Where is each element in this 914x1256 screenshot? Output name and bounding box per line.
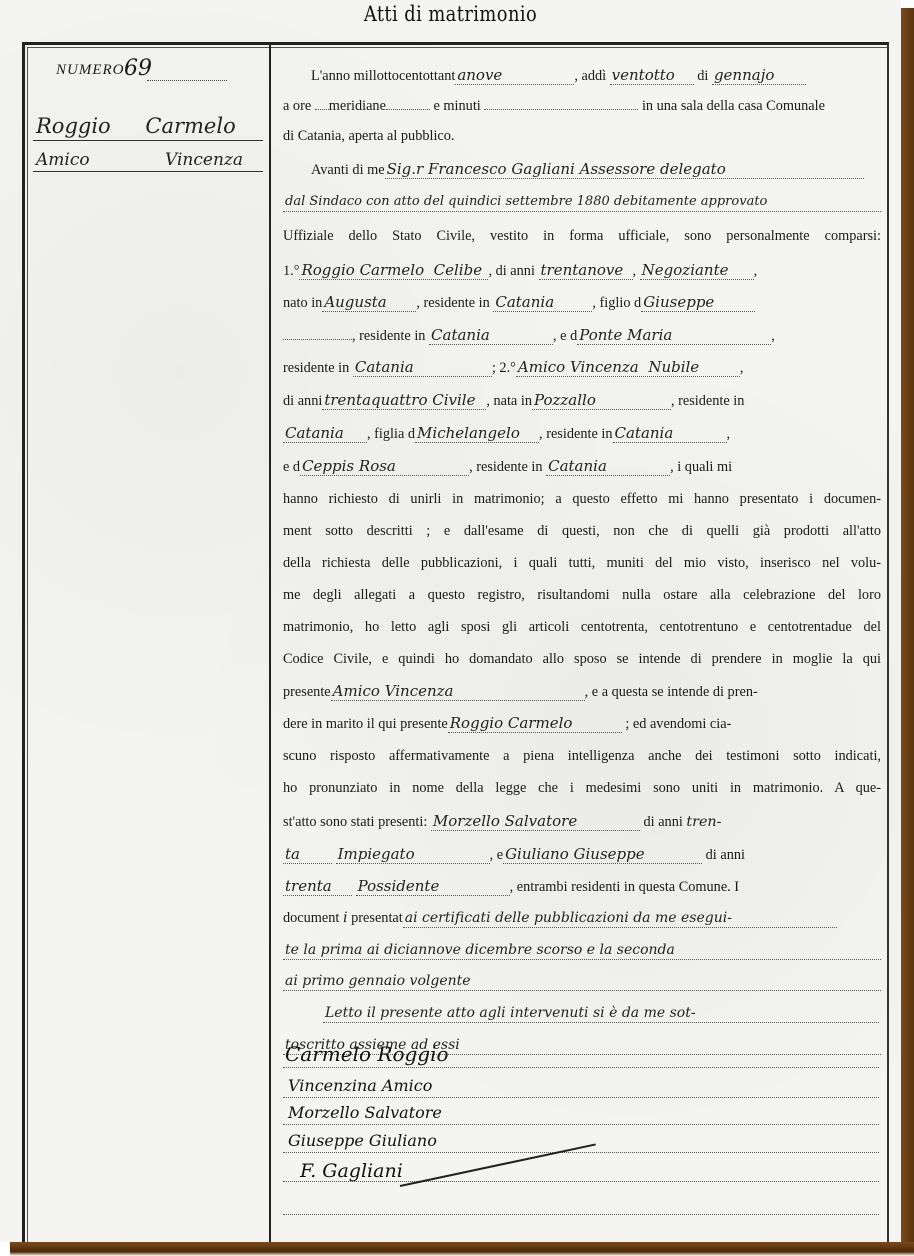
page-shadow-right [901, 8, 914, 1248]
groom-father-residence-field: Catania [429, 326, 553, 345]
margin-groom-name: Carmelo [145, 114, 235, 138]
groom-age-field: trentanove [539, 261, 633, 280]
numero-value: 69 [124, 56, 152, 81]
text-line: st'atto sono stati presenti: Morzello Sa… [283, 812, 881, 831]
signature-line [283, 1152, 879, 1153]
text-line: scuno risposto affermativamente a piena … [283, 747, 881, 765]
witness2-profession-field: Possidente [356, 877, 510, 896]
signature-line [283, 1067, 879, 1068]
delegation-field: dal Sindaco con atto del quindici settem… [283, 193, 881, 212]
signature-line [283, 1097, 879, 1098]
witness1-field: Morzello Salvatore [431, 812, 640, 831]
year-field: anove [455, 66, 574, 85]
text-line: Letto il presente atto agli intervenuti … [283, 1004, 881, 1023]
text-line: trenta Possidente, entrambi residenti in… [283, 877, 881, 896]
witness2-age-field: trenta [283, 877, 352, 896]
margin-bride-name: Vincenza [165, 150, 243, 170]
page-title: Atti di matrimonio [68, 2, 834, 26]
text-line: Avanti di meSig.r Francesco Gagliani Ass… [283, 160, 881, 179]
groom-profession-field: Negoziante [640, 261, 754, 280]
witness1-profession-field: Impiegato [336, 845, 490, 864]
closing-field: Letto il presente atto agli intervenuti … [323, 1004, 879, 1023]
bride-father-field: Michelangelo [415, 424, 539, 443]
text-line: residente in Catania; 2.°Amico Vincenza … [283, 358, 881, 377]
column-divider [269, 44, 271, 1242]
text-line: ai primo gennaio volgente [283, 972, 881, 991]
groom-mother-field: Ponte Maria [577, 326, 771, 345]
bride-mother-residence-field: Catania [546, 457, 670, 476]
text-line: Codice Civile, e quindi ho domandato all… [283, 650, 881, 668]
groom-father-field: Giuseppe [641, 293, 755, 312]
groom-consent-field: Roggio Carmelo [448, 714, 622, 733]
signature-witness2: Giuseppe Giuliano [288, 1131, 437, 1150]
text-line: document i presentatai certificati delle… [283, 909, 881, 928]
margin-bride-surname: Amico [36, 150, 90, 170]
text-line: me degli allegati a questo registro, ris… [283, 586, 881, 604]
text-line: L'anno millottocentottantanove, addì ven… [283, 66, 881, 85]
signature-officer: F. Gagliani [300, 1160, 403, 1182]
text-line: , residente in Catania, e dPonte Maria, [283, 326, 881, 345]
bride-consent-field: Amico Vincenza [331, 682, 585, 701]
text-line: a ore meridiane e minuti in una sala del… [283, 97, 881, 115]
text-line: e dCeppis Rosa, residente in Catania, i … [283, 457, 881, 476]
text-line: di annitrentaquattro Civile, nata inPozz… [283, 391, 881, 410]
numero-dotted-line [147, 80, 227, 81]
signature-line [283, 1214, 879, 1215]
text-line: dal Sindaco con atto del quindici settem… [283, 192, 881, 212]
bride-name-field: Amico Vincenza Nubile [516, 358, 740, 377]
bride-age-field: trentaquattro Civile [322, 391, 486, 410]
text-line: di Catania, aperta al pubblico. [283, 127, 881, 145]
documents-field: ai certificati delle pubblicazioni da me… [403, 909, 837, 928]
text-line: hanno richiesto di unirli in matrimonio;… [283, 490, 881, 508]
bride-father-residence-field: Catania [613, 424, 727, 443]
text-line: 1.°Roggio Carmelo Celibe, di anni trenta… [283, 261, 881, 280]
text-line: ment sotto descritti ; e dall'esame di q… [283, 522, 881, 540]
register-page: Atti di matrimonio NUMERO 69 Roggio Carm… [0, 0, 901, 1242]
text-line: ho pronunziato in nome della legge che i… [283, 779, 881, 797]
bride-mother-field: Ceppis Rosa [300, 457, 469, 476]
groom-name-field: Roggio Carmelo Celibe [299, 261, 488, 280]
witness2-field: Giuliano Giuseppe [503, 845, 702, 864]
text-line: matrimonio, ho letto agli sposi gli arti… [283, 618, 881, 636]
margin-bride: Amico Vincenza [36, 150, 243, 170]
text-line: presenteAmico Vincenza, e a questa se in… [283, 682, 881, 701]
margin-rule [33, 171, 263, 172]
signature-bride: Vincenzina Amico [288, 1076, 432, 1095]
text-line: Uffiziale dello Stato Civile, vestito in… [283, 227, 881, 245]
month-field: gennajo [712, 66, 806, 85]
margin-rule [33, 140, 263, 141]
bride-residence-field: Catania [283, 424, 367, 443]
margin-groom: Roggio Carmelo [36, 114, 236, 138]
page-shadow-bottom [10, 1242, 914, 1256]
text-line: dere in marito il qui presenteRoggio Car… [283, 714, 881, 733]
bride-birthplace-field: Pozzallo [532, 391, 671, 410]
text-line: ta Impiegato, eGiuliano Giuseppe di anni [283, 845, 881, 864]
text-line: della richiesta delle pubblicazioni, i q… [283, 554, 881, 572]
numero-label: NUMERO [56, 62, 125, 79]
signature-witness1: Morzello Salvatore [288, 1103, 442, 1122]
groom-mother-residence-field: Catania [353, 358, 492, 377]
text-line: nato inAugusta, residente in Catania, fi… [283, 293, 881, 312]
text-line: te la prima ai diciannove dicembre scors… [283, 941, 881, 960]
groom-birthplace-field: Augusta [322, 293, 416, 312]
officer-field: Sig.r Francesco Gagliani Assessore deleg… [385, 160, 864, 179]
signature-line [283, 1124, 879, 1125]
margin-groom-surname: Roggio [36, 114, 111, 138]
groom-residence-field: Catania [493, 293, 592, 312]
signature-groom: Carmelo Roggio [285, 1042, 449, 1066]
text-line: Catania, figlia dMichelangelo, residente… [283, 424, 881, 443]
day-field: ventotto [610, 66, 694, 85]
page-frame [22, 42, 889, 1242]
